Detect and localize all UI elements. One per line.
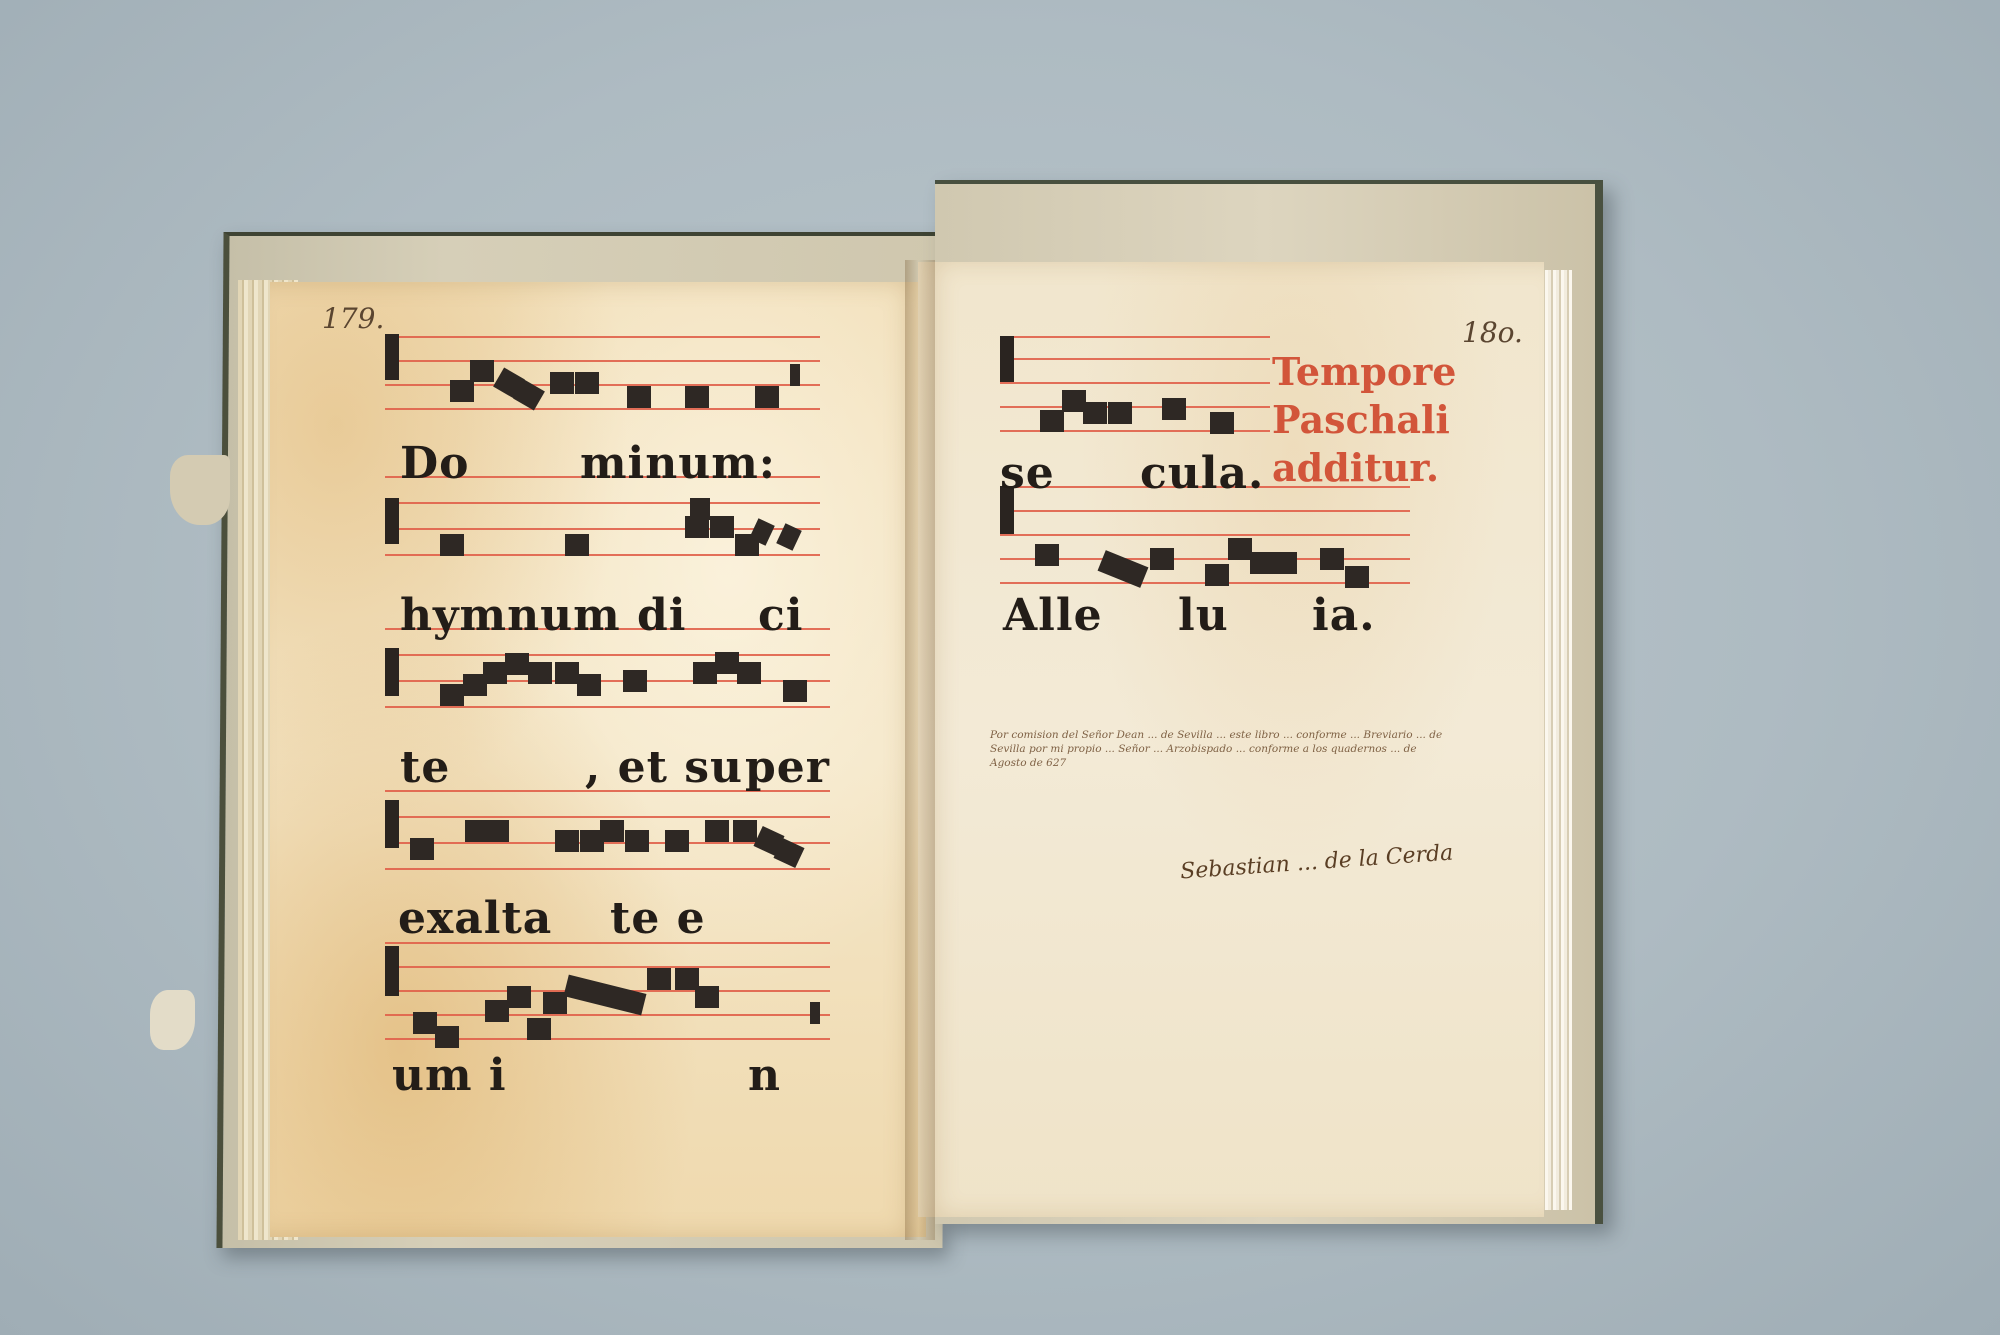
lyric-syllable: te e [610, 893, 706, 944]
lyric-syllable: cula. [1140, 448, 1264, 499]
lyric-syllable: n [748, 1050, 781, 1101]
lyric-syllable: , et su [585, 742, 743, 793]
lyric-syllable: exalta [398, 893, 552, 944]
folio-number-left: 179. [322, 302, 384, 335]
music-staff [385, 336, 820, 416]
lyric-syllable: te [400, 742, 450, 793]
book-gutter [905, 260, 935, 1240]
lyric-syllable: minum: [580, 438, 776, 489]
manuscript-note: Por comision del Señor Dean ... de Sevil… [990, 728, 1450, 770]
torn-clasp-fragment [170, 455, 230, 525]
lyric-syllable: Do [400, 438, 470, 489]
lyric-syllable: Alle [1003, 590, 1103, 641]
lyric-syllable: um i [392, 1050, 507, 1101]
rubric-line: Tempore [1272, 348, 1456, 396]
lyric-syllable: lu [1178, 590, 1229, 641]
lyric-syllable: ia. [1312, 590, 1376, 641]
lyric-syllable: se [1000, 448, 1055, 499]
lyric-syllable: ci [758, 590, 804, 641]
lyric-syllable: hymnum di [400, 590, 686, 641]
lyric-syllable: per [745, 742, 830, 793]
music-staff [1000, 336, 1270, 416]
rubric-line: Paschali [1272, 396, 1450, 444]
torn-parchment-fragment [150, 990, 195, 1050]
page-edges-right [1540, 270, 1572, 1210]
rubric-line: additur. [1272, 444, 1439, 492]
music-staff [385, 790, 830, 870]
folio-number-right: 18o. [1462, 316, 1523, 349]
music-staff [385, 942, 830, 1022]
